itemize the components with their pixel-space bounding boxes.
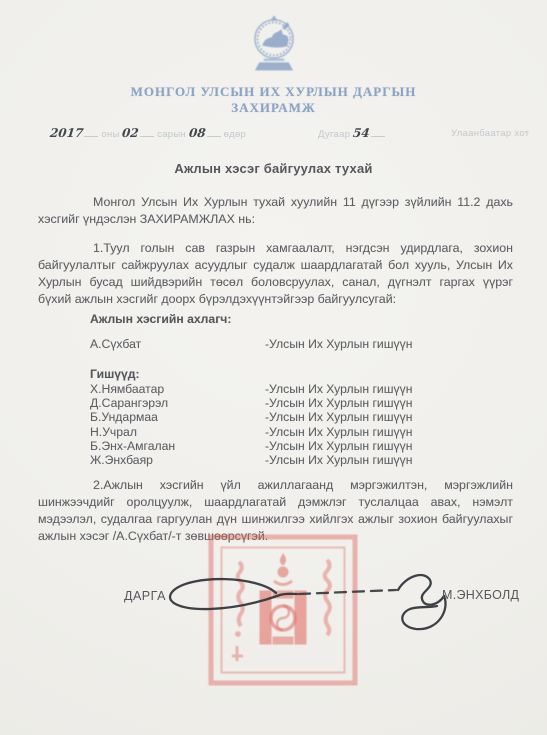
- member-title: -Улсын Их Хурлын гишүүн: [265, 425, 412, 439]
- blank-line: [84, 126, 98, 137]
- blank-line: [207, 126, 221, 137]
- member-row: Б.Ундармаа -Улсын Их Хурлын гишүүн: [38, 410, 513, 424]
- leader-heading: Ажлын хэсгийн ахлагч:: [38, 312, 547, 326]
- member-title: -Улсын Их Хурлын гишүүн: [265, 453, 412, 467]
- members-heading: Гишүүд:: [38, 367, 547, 381]
- person-row: А.Сүхбат -Улсын Их Хурлын гишүүн: [38, 337, 513, 351]
- member-title: -Улсын Их Хурлын гишүүн: [265, 439, 412, 453]
- blank-line: [140, 126, 154, 137]
- document-photo: МОНГОЛ УЛСЫН ИХ ХУРЛЫН ДАРГЫН ЗАХИРАМЖ 2…: [0, 0, 547, 735]
- letterhead: МОНГОЛ УЛСЫН ИХ ХУРЛЫН ДАРГЫН ЗАХИРАМЖ: [0, 84, 547, 116]
- member-name: Д.Сарангэрэл: [90, 396, 168, 410]
- mongolia-state-emblem-icon: [241, 13, 307, 80]
- leader-title: -Улсын Их Хурлын гишүүн: [265, 337, 412, 351]
- member-name: Х.Нямбаатар: [90, 382, 164, 396]
- document-title: Ажлын хэсэг байгуулах тухай: [0, 161, 547, 176]
- date-day-label: өдөр: [224, 129, 247, 140]
- member-row: Д.Сарангэрэл -Улсын Их Хурлын гишүүн: [38, 396, 513, 410]
- document-number: Дугаар 54: [318, 126, 388, 140]
- number-label: Дугаар: [318, 129, 350, 140]
- letterhead-line1: МОНГОЛ УЛСЫН ИХ ХУРЛЫН ДАРГЫН: [0, 84, 547, 100]
- member-row: Б.Энх-Амгалан -Улсын Их Хурлын гишүүн: [38, 439, 513, 453]
- letterhead-line2: ЗАХИРАМЖ: [0, 100, 547, 116]
- members-list: Х.Нямбаатар -Улсын Их Хурлын гишүүн Д.Са…: [38, 382, 513, 467]
- leader-row: А.Сүхбат -Улсын Их Хурлын гишүүн: [38, 337, 513, 351]
- date-year-value: 2017: [49, 126, 84, 140]
- preamble-paragraph: Монгол Улсын Их Хурлын тухай хуулийн 11 …: [38, 194, 513, 228]
- blank-line: [371, 126, 385, 137]
- city-label: Улаанбаатар хот: [451, 128, 529, 139]
- date-day-value: 08: [188, 126, 206, 140]
- member-name: Б.Энх-Амгалан: [90, 439, 175, 453]
- clause-1-paragraph: 1.Туул голын сав газрын хамгаалалт, нэгд…: [38, 240, 513, 308]
- member-name: Ж.Энхбаяр: [90, 453, 153, 467]
- leader-name: А.Сүхбат: [90, 337, 141, 351]
- date-fields: 2017оны 02сарын 08өдөр: [50, 126, 246, 140]
- member-title: -Улсын Их Хурлын гишүүн: [265, 396, 412, 410]
- date-month-value: 02: [122, 126, 140, 140]
- date-year-label: оны: [101, 129, 119, 140]
- member-row: Ж.Энхбаяр -Улсын Их Хурлын гишүүн: [38, 453, 513, 467]
- member-name: Н.Учрал: [90, 425, 137, 439]
- member-row: Х.Нямбаатар -Улсын Их Хурлын гишүүн: [38, 382, 513, 396]
- dateline: 2017оны 02сарын 08өдөр Дугаар 54 Улаанба…: [0, 126, 547, 144]
- member-name: Б.Ундармаа: [90, 410, 158, 424]
- signer-name-label: М.ЭНХБОЛД: [442, 588, 519, 602]
- date-month-label: сарын: [157, 129, 186, 140]
- number-value: 54: [352, 126, 370, 140]
- member-row: Н.Учрал -Улсын Их Хурлын гишүүн: [38, 425, 513, 439]
- member-title: -Улсын Их Хурлын гишүүн: [265, 410, 412, 424]
- handwritten-signature-icon: [148, 568, 478, 658]
- member-title: -Улсын Их Хурлын гишүүн: [265, 382, 412, 396]
